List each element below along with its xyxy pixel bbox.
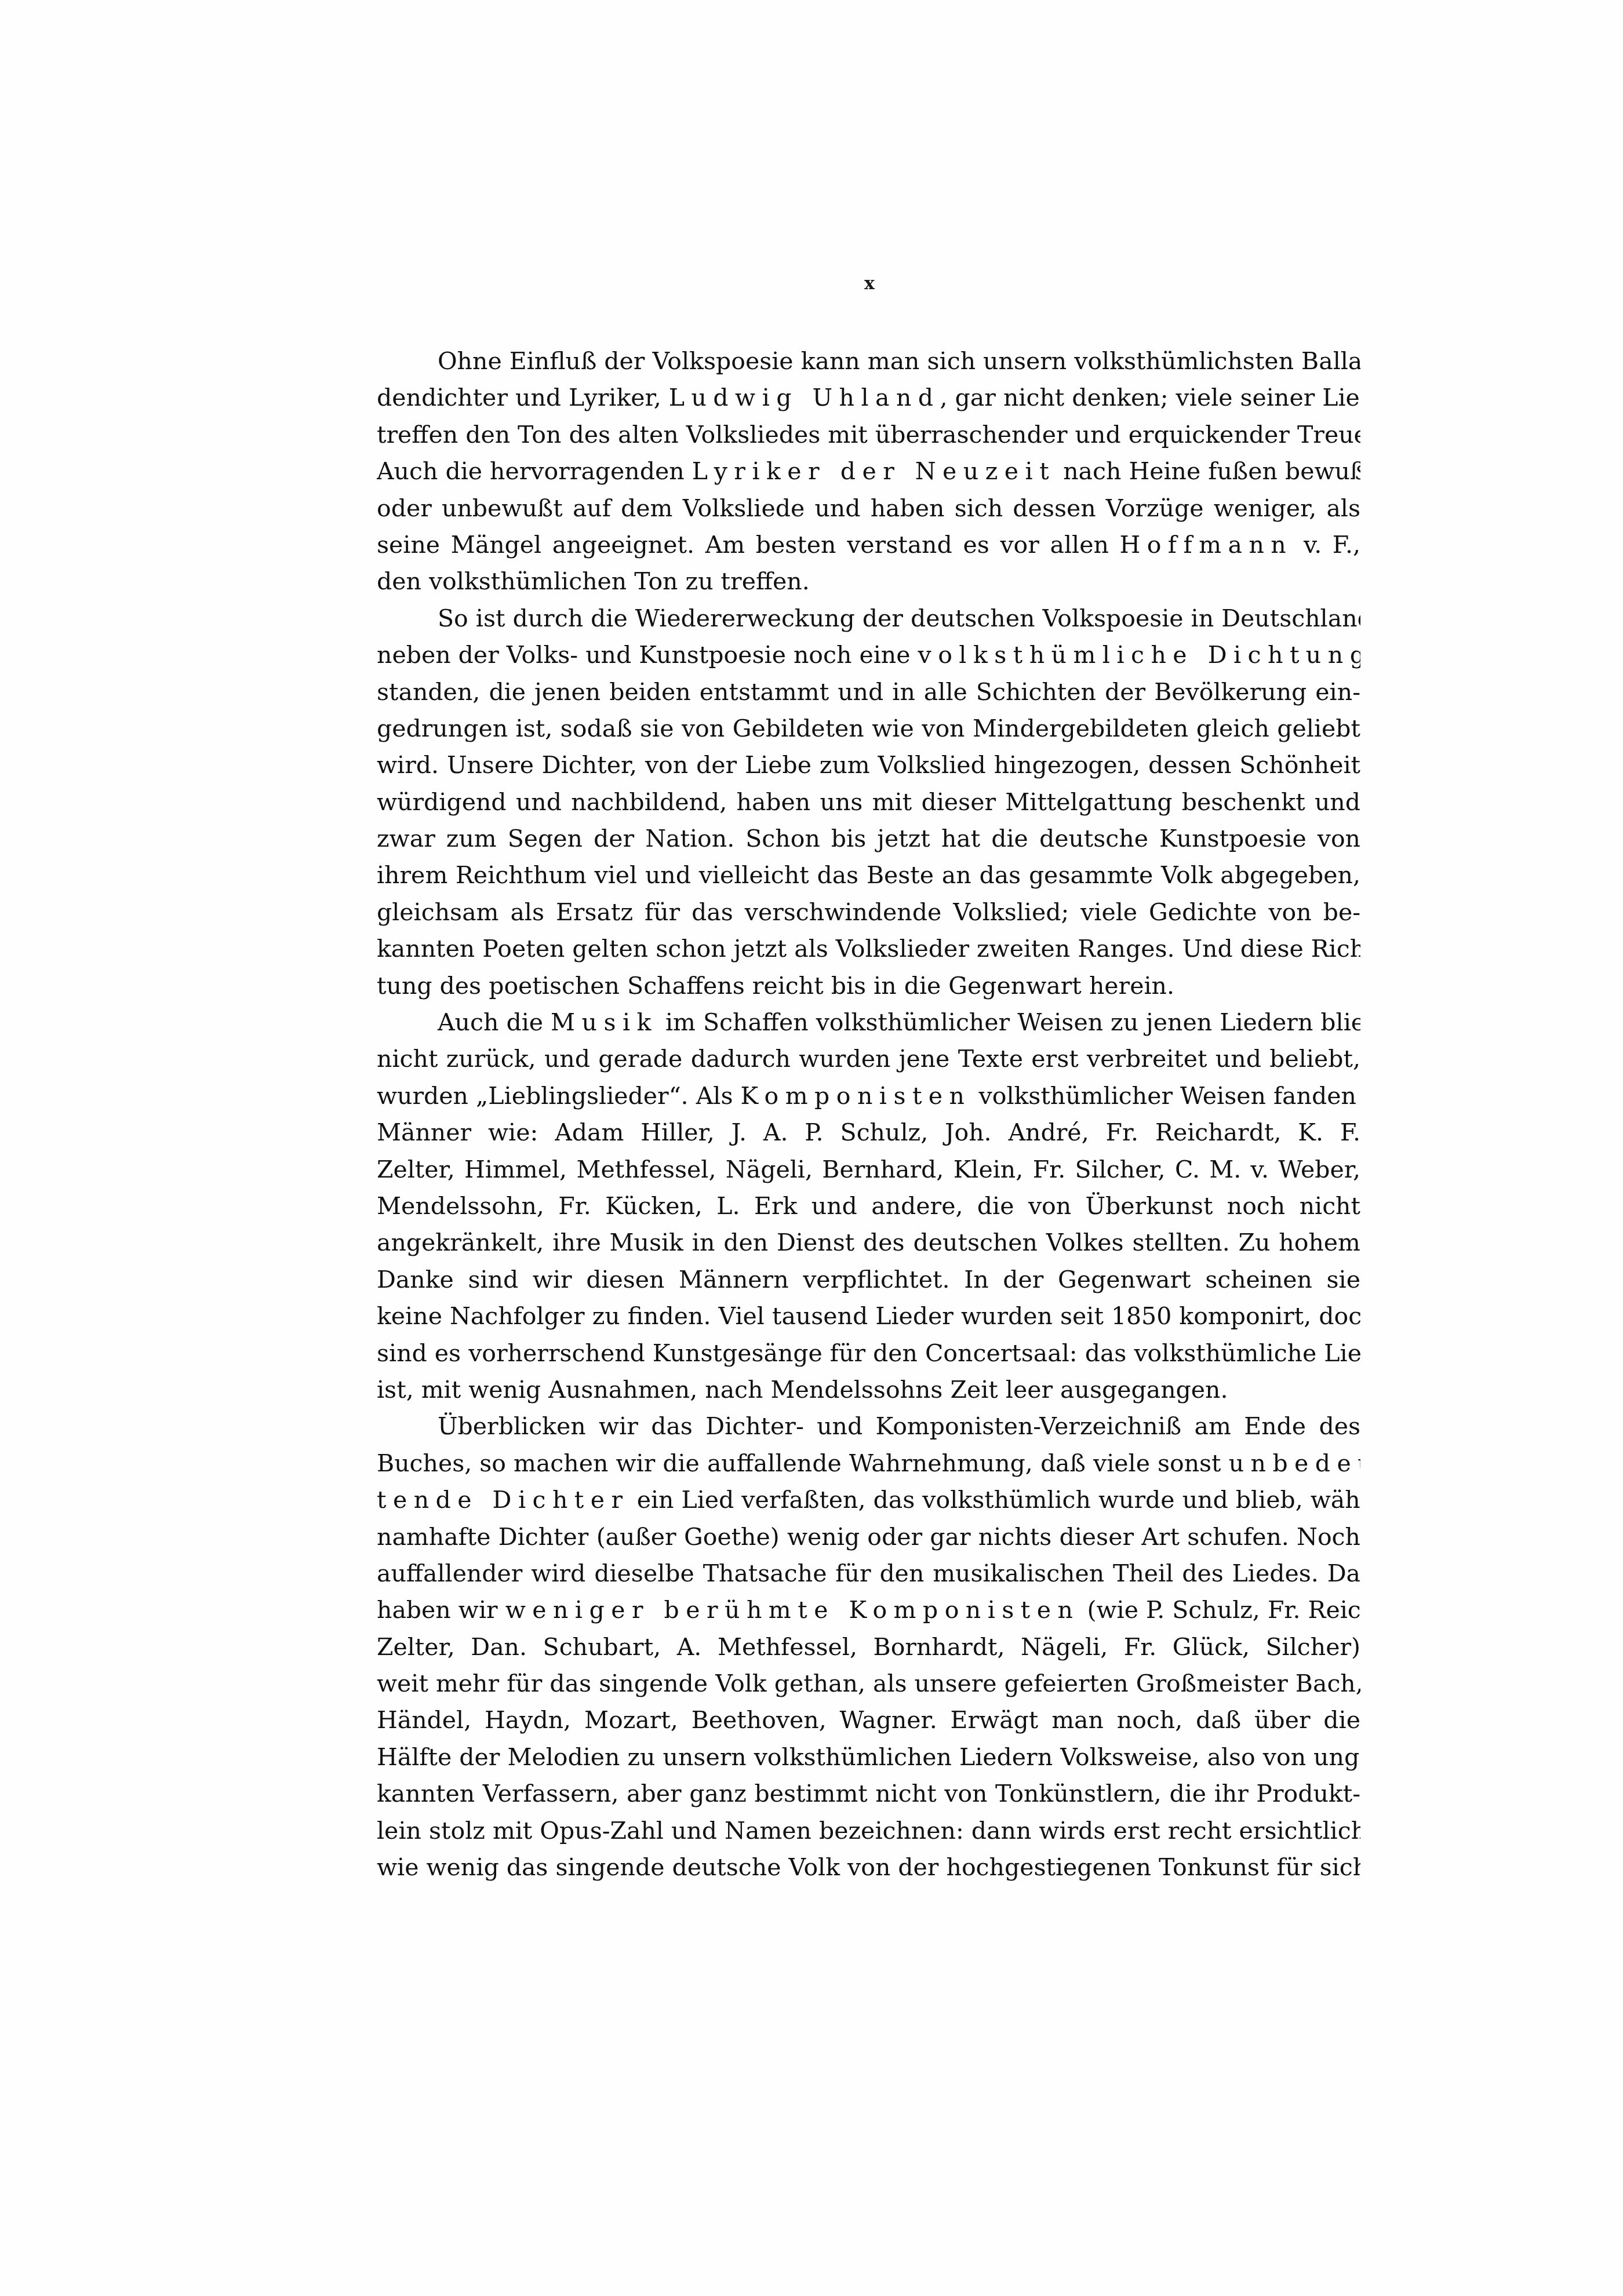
- text-segment: wird. Unsere Dichter, von der Liebe zum …: [377, 751, 1360, 779]
- text-segment: gleichsam als Ersatz für das verschwinde…: [377, 898, 1360, 926]
- emphasized-text: Komponisten: [740, 1082, 971, 1110]
- text-line: Zelter, Dan. Schubart, A. Methfessel, Bo…: [377, 1629, 1360, 1665]
- emphasized-text: Hoffmann: [1119, 531, 1293, 559]
- text-segment: gedrungen ist, sodaß sie von Gebildeten …: [377, 715, 1360, 742]
- text-line: wie wenig das singende deutsche Volk von…: [377, 1849, 1360, 1886]
- text-segment: sind es vorherrschend Kunstgesänge für d…: [377, 1339, 1360, 1367]
- emphasized-text: Lyriker der Neuzeit: [692, 457, 1056, 485]
- text-line: ihrem Reichthum viel und vielleicht das …: [377, 857, 1360, 894]
- text-line: zwar zum Segen der Nation. Schon bis jet…: [377, 821, 1360, 857]
- text-line: weit mehr für das singende Volk gethan, …: [377, 1665, 1360, 1702]
- text-line: tende Dichter ein Lied verfaßten, das vo…: [377, 1482, 1360, 1518]
- text-segment: Überblicken wir das Dichter- und Komponi…: [438, 1412, 1360, 1440]
- text-line: Ohne Einfluß der Volkspoesie kann man si…: [377, 343, 1360, 380]
- text-line: treffen den Ton des alten Volksliedes mi…: [377, 417, 1360, 453]
- text-segment: keine Nachfolger zu finden. Viel tausend…: [377, 1302, 1360, 1330]
- text-segment: volksthümlicher Weisen fanden sich: [971, 1082, 1361, 1110]
- text-line: standen, die jenen beiden entstammt und …: [377, 674, 1360, 710]
- text-line: gedrungen ist, sodaß sie von Gebildeten …: [377, 710, 1360, 747]
- text-segment: Männer wie: Adam Hiller, J. A. P. Schulz…: [377, 1118, 1360, 1146]
- text-segment: Zelter, Dan. Schubart, A. Methfessel, Bo…: [377, 1633, 1360, 1661]
- text-line: oder unbewußt auf dem Volksliede und hab…: [377, 490, 1360, 527]
- book-page: x Ohne Einfluß der Volkspoesie kann man …: [0, 0, 1623, 2296]
- text-segment: den volksthümlichen Ton zu treffen.: [377, 567, 810, 595]
- text-line: würdigend und nachbildend, haben uns mit…: [377, 784, 1360, 821]
- text-line: keine Nachfolger zu finden. Viel tausend…: [377, 1298, 1360, 1335]
- text-line: lein stolz mit Opus-Zahl und Namen bezei…: [377, 1813, 1360, 1849]
- text-segment: So ist durch die Wiedererweckung der deu…: [438, 604, 1360, 632]
- paragraph: So ist durch die Wiedererweckung der deu…: [377, 600, 1360, 1004]
- text-line: wurden „Lieblingslieder“. Als Komponiste…: [377, 1078, 1360, 1114]
- text-line: sind es vorherrschend Kunstgesänge für d…: [377, 1335, 1360, 1372]
- text-line: den volksthümlichen Ton zu treffen.: [377, 563, 1360, 600]
- text-segment: v. F.,: [1293, 531, 1360, 559]
- text-segment: Danke sind wir diesen Männern verpflicht…: [377, 1266, 1360, 1293]
- text-segment: Auch die hervorragenden: [377, 457, 692, 485]
- paragraph: Auch die Musik im Schaffen volksthümlich…: [377, 1004, 1360, 1408]
- text-line: kannten Verfassern, aber ganz bestimmt n…: [377, 1776, 1360, 1812]
- text-line: Buches, so machen wir die auffallende Wa…: [377, 1445, 1360, 1482]
- text-segment: standen, die jenen beiden entstammt und …: [377, 678, 1360, 706]
- text-segment: namhafte Dichter (außer Goethe) wenig od…: [377, 1523, 1360, 1551]
- text-line: wird. Unsere Dichter, von der Liebe zum …: [377, 747, 1360, 783]
- text-line: gleichsam als Ersatz für das verschwinde…: [377, 894, 1360, 931]
- text-segment: ist, mit wenig Ausnahmen, nach Mendelsso…: [377, 1376, 1228, 1404]
- text-line: angekränkelt, ihre Musik in den Dienst d…: [377, 1224, 1360, 1261]
- text-segment: kannten Poeten gelten schon jetzt als Vo…: [377, 935, 1360, 963]
- text-line: Auch die hervorragenden Lyriker der Neuz…: [377, 453, 1360, 490]
- text-line: Männer wie: Adam Hiller, J. A. P. Schulz…: [377, 1114, 1360, 1151]
- text-segment: Auch die: [438, 1008, 551, 1036]
- paragraph: Überblicken wir das Dichter- und Komponi…: [377, 1408, 1360, 1886]
- text-segment: seine Mängel angeeignet. Am besten verst…: [377, 531, 1119, 559]
- text-segment: oder unbewußt auf dem Volksliede und hab…: [377, 494, 1360, 522]
- text-segment: würdigend und nachbildend, haben uns mit…: [377, 788, 1360, 816]
- text-line: auffallender wird dieselbe Thatsache für…: [377, 1555, 1360, 1592]
- text-segment: Ohne Einfluß der Volkspoesie kann man si…: [438, 347, 1360, 375]
- text-segment: neben der Volks- und Kunstpoesie noch ei…: [377, 641, 918, 669]
- text-line: namhafte Dichter (außer Goethe) wenig od…: [377, 1519, 1360, 1555]
- text-segment: dendichter und Lyriker,: [377, 384, 669, 411]
- text-segment: ihrem Reichthum viel und vielleicht das …: [377, 861, 1360, 889]
- emphasized-text: tende Dichter: [377, 1486, 629, 1514]
- text-line: Überblicken wir das Dichter- und Komponi…: [377, 1408, 1360, 1445]
- text-segment: auffallender wird dieselbe Thatsache für…: [377, 1559, 1360, 1587]
- text-segment: im Schaffen volksthümlicher Weisen zu je…: [658, 1008, 1360, 1036]
- text-line: nicht zurück, und gerade dadurch wurden …: [377, 1041, 1360, 1077]
- text-segment: Zelter, Himmel, Methfessel, Nägeli, Bern…: [377, 1156, 1360, 1183]
- text-segment: Händel, Haydn, Mozart, Beethoven, Wagner…: [377, 1706, 1360, 1734]
- emphasized-text: volksthümliche Dichtung: [918, 641, 1360, 669]
- text-segment: Mendelssohn, Fr. Kücken, L. Erk und ande…: [377, 1192, 1360, 1220]
- text-segment: Buches, so machen wir die auffallende Wa…: [377, 1449, 1229, 1477]
- text-segment: angekränkelt, ihre Musik in den Dienst d…: [377, 1229, 1360, 1256]
- paragraph: Ohne Einfluß der Volkspoesie kann man si…: [377, 343, 1360, 600]
- text-line: dendichter und Lyriker, Ludwig Uhland, g…: [377, 380, 1360, 416]
- text-segment: wurden „Lieblingslieder“. Als: [377, 1082, 740, 1110]
- text-segment: weit mehr für das singende Volk gethan, …: [377, 1670, 1360, 1697]
- text-segment: , gar nicht denken; viele seiner Lieder: [940, 384, 1360, 411]
- text-segment: lein stolz mit Opus-Zahl und Namen bezei…: [377, 1817, 1360, 1845]
- text-segment: nach Heine fußen bewußt: [1056, 457, 1360, 485]
- text-line: ist, mit wenig Ausnahmen, nach Mendelsso…: [377, 1372, 1360, 1408]
- text-line: Händel, Haydn, Mozart, Beethoven, Wagner…: [377, 1702, 1360, 1739]
- text-segment: wie wenig das singende deutsche Volk von…: [377, 1853, 1360, 1881]
- emphasized-text: Musik: [551, 1008, 658, 1036]
- emphasized-text: weniger berühmte Komponisten: [505, 1596, 1080, 1624]
- text-line: kannten Poeten gelten schon jetzt als Vo…: [377, 931, 1360, 967]
- emphasized-text: Ludwig Uhland: [669, 384, 940, 411]
- text-line: Mendelssohn, Fr. Kücken, L. Erk und ande…: [377, 1188, 1360, 1224]
- text-segment: ein Lied verfaßten, das volksthümlich wu…: [629, 1486, 1360, 1514]
- text-line: So ist durch die Wiedererweckung der deu…: [377, 600, 1360, 637]
- text-line: Hälfte der Melodien zu unsern volksthüml…: [377, 1739, 1360, 1776]
- text-line: tung des poetischen Schaffens reicht bis…: [377, 968, 1360, 1004]
- text-segment: Hälfte der Melodien zu unsern volksthüml…: [377, 1743, 1360, 1771]
- body-text: Ohne Einfluß der Volkspoesie kann man si…: [377, 343, 1360, 1886]
- text-line: Auch die Musik im Schaffen volksthümlich…: [377, 1004, 1360, 1041]
- text-line: neben der Volks- und Kunstpoesie noch ei…: [377, 637, 1360, 673]
- emphasized-text: unbedeu-: [1229, 1449, 1360, 1477]
- text-line: Danke sind wir diesen Männern verpflicht…: [377, 1262, 1360, 1298]
- text-segment: nicht zurück, und gerade dadurch wurden …: [377, 1045, 1360, 1073]
- page-number: x: [858, 272, 881, 296]
- text-line: Zelter, Himmel, Methfessel, Nägeli, Bern…: [377, 1151, 1360, 1188]
- text-segment: treffen den Ton des alten Volksliedes mi…: [377, 421, 1360, 449]
- text-line: seine Mängel angeeignet. Am besten verst…: [377, 527, 1360, 563]
- text-segment: (wie P. Schulz, Fr. Reichardt,: [1079, 1596, 1360, 1624]
- text-segment: kannten Verfassern, aber ganz bestimmt n…: [377, 1780, 1360, 1807]
- text-segment: haben wir: [377, 1596, 505, 1624]
- text-line: haben wir weniger berühmte Komponisten (…: [377, 1592, 1360, 1628]
- text-segment: zwar zum Segen der Nation. Schon bis jet…: [377, 825, 1360, 852]
- text-segment: tung des poetischen Schaffens reicht bis…: [377, 972, 1174, 1000]
